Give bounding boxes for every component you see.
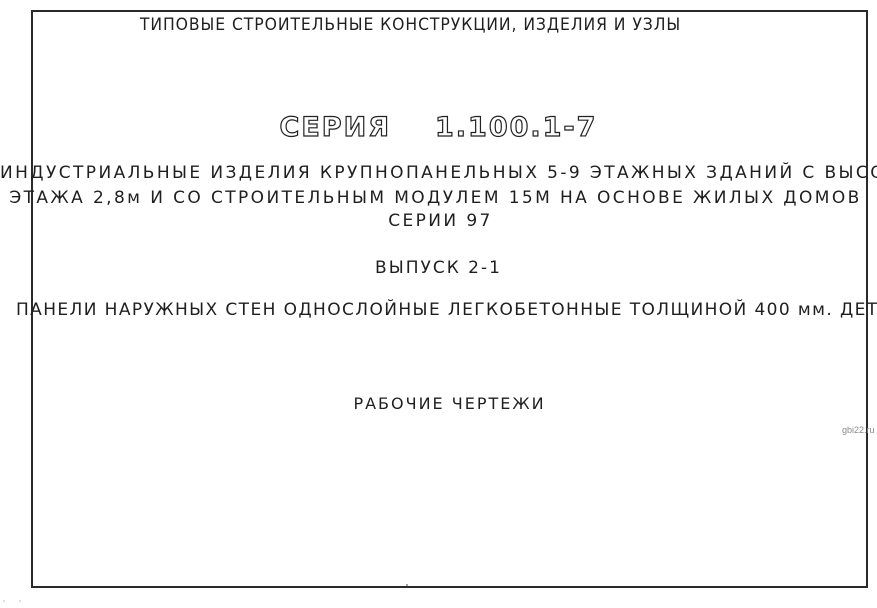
description-line-1: ИНДУСТРИАЛЬНЫЕ ИЗДЕЛИЯ КРУПНОПАНЕЛЬНЫХ 5… bbox=[0, 163, 877, 183]
series-label: СЕРИЯ bbox=[280, 112, 391, 143]
description-line-2: ЭТАЖА 2,8м И СО СТРОИТЕЛЬНЫМ МОДУЛЕМ 15М… bbox=[0, 188, 874, 208]
drawing-type: РАБОЧИЕ ЧЕРТЕЖИ bbox=[11, 394, 877, 413]
drawing-frame bbox=[31, 10, 868, 588]
document-subject: ПАНЕЛИ НАРУЖНЫХ СТЕН ОДНОСЛОЙНЫЕ ЛЕГКОБЕ… bbox=[16, 300, 877, 320]
series-title: СЕРИЯ1.100.1-7 bbox=[0, 112, 877, 143]
scan-artifact bbox=[3, 600, 21, 602]
center-mark bbox=[406, 584, 408, 586]
watermark: gbi22.ru bbox=[842, 425, 875, 435]
series-number: 1.100.1-7 bbox=[435, 112, 597, 143]
issue-number: ВЫПУСК 2-1 bbox=[0, 258, 877, 278]
document-header: ТИПОВЫЕ СТРОИТЕЛЬНЫЕ КОНСТРУКЦИИ, ИЗДЕЛИ… bbox=[7, 15, 814, 35]
description-line-3: СЕРИИ 97 bbox=[2, 211, 877, 231]
